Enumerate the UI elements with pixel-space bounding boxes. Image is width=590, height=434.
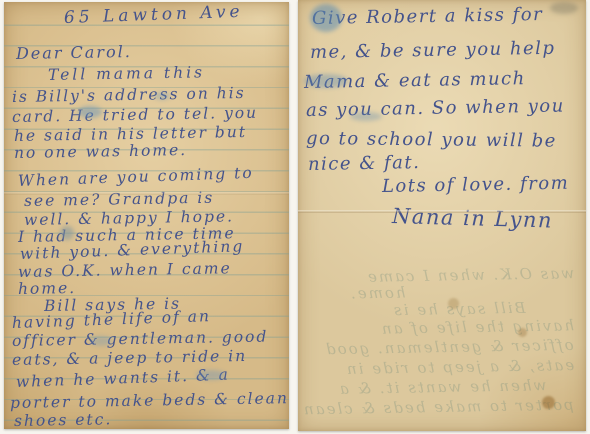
letter-line: as you can. So when you <box>306 97 565 120</box>
letter-line: shoes etc. <box>14 412 113 429</box>
bleed-through-line: when he wants it. & a <box>337 378 546 397</box>
letter-scan: 65 Lawton Ave Dear Carol. Tell mama this… <box>0 0 590 434</box>
bleed-through-line: home. <box>349 286 406 302</box>
paper-stain <box>518 328 527 337</box>
ink-smudge <box>550 2 578 14</box>
ink-smudge <box>60 226 74 240</box>
ink-smudge <box>304 74 348 88</box>
bleed-through-line: Bill says he is <box>392 301 526 318</box>
letter-line: is Billy's address on his <box>12 86 246 106</box>
letter-line: me, & be sure you help <box>310 40 556 62</box>
letter-line: when he wants it. & a <box>16 368 230 391</box>
letter-line: porter to make beds & clean <box>10 391 289 411</box>
bleed-through-line: eats, & a jeep to ride in <box>345 358 574 377</box>
ink-smudge <box>154 92 170 100</box>
return-address: 65 Lawton Ave <box>64 4 244 27</box>
letter-line: Give Robert a kiss for <box>312 6 544 28</box>
ink-smudge <box>196 370 226 380</box>
paper-stain <box>542 396 555 409</box>
letter-page-left: 65 Lawton Ave Dear Carol. Tell mama this… <box>4 2 289 429</box>
letter-line: no one was home. <box>14 143 187 162</box>
letter-line: When are you coming to <box>18 166 254 190</box>
ink-smudge <box>90 336 112 346</box>
bleed-through-line: officer & gentleman. good <box>324 338 574 357</box>
letter-line: nice & fat. <box>308 154 421 174</box>
letter-line: Tell mama this <box>48 65 205 83</box>
salutation: Dear Carol. <box>16 44 132 62</box>
letter-line: was O.K. when I came <box>18 261 232 280</box>
fold-crease <box>298 210 586 213</box>
letter-line: go to school you will be <box>306 130 557 151</box>
letter-page-right: Give Robert a kiss for me, & be sure you… <box>298 0 586 431</box>
ink-smudge <box>78 106 102 118</box>
closing-line: Lots of love. from <box>382 175 570 196</box>
ink-smudge <box>310 4 342 32</box>
letter-line: home. <box>18 281 76 298</box>
paper-stain <box>448 298 459 309</box>
bleed-through-line: porter to make beds & clean <box>302 398 574 418</box>
ink-smudge <box>350 112 382 121</box>
bleed-through-line: was O.K. when I came <box>366 266 574 285</box>
fold-crease <box>4 192 289 195</box>
bleed-through-line: having the life of an <box>380 318 574 336</box>
